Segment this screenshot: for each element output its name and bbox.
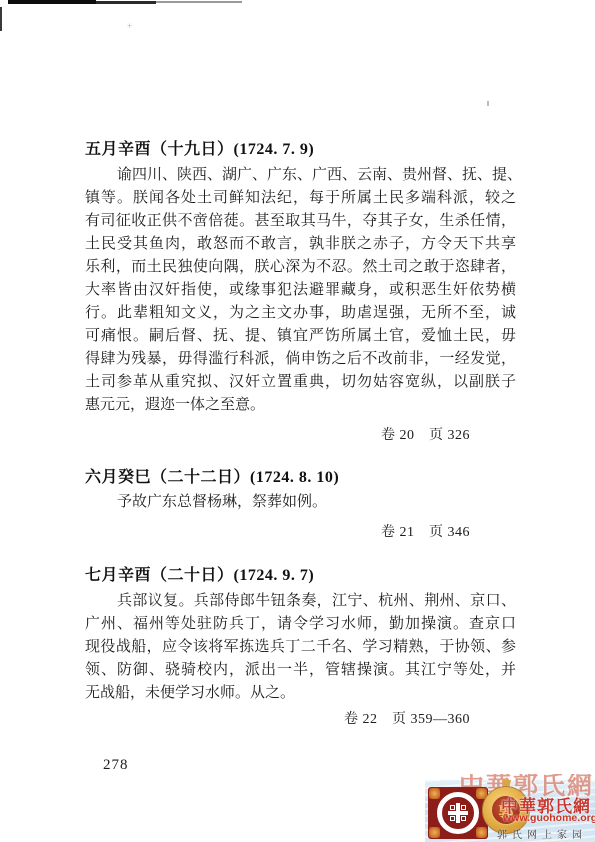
seal-corner-ornament [476, 827, 487, 838]
paragraph-line: 予故广东总督杨琳，祭葬如例。 [85, 491, 516, 514]
paragraph-line: 有司征收正供不啻倍蓰。甚至取其马牛，夺其子女，生杀任情， [85, 210, 516, 233]
entry-paragraph: 兵部议复。兵部侍郎牛钮条奏，江宁、杭州、荆州、京口、广州、福州等处驻防兵丁，请令… [85, 590, 516, 705]
paragraph-line: 乐利，而土民独使向隅，朕心深为不忍。然土司之敢于恣肆者， [85, 256, 516, 279]
site-url: www.guohome.org [503, 812, 595, 824]
seal-dot [461, 805, 466, 810]
scanned-book-page: + 五月辛酉（十九日）(1724. 7. 9) 谕四川、陕西、湖广、广东、广西、… [0, 0, 595, 842]
entry-heading: 六月癸巳（二十二日）(1724. 8. 10) [85, 468, 525, 488]
paragraph-line: 领、防御、骁骑校内，派出一半，管辖操演。其江宁等处，并 [85, 659, 516, 682]
volume-page-ref: 卷 22 页 359—360 [85, 711, 470, 729]
scan-artifact-bar [96, 1, 156, 4]
paragraph-line: 土司参革从重究拟、汉奸立置重典，切勿姑容宽纵，以副朕子 [85, 371, 516, 394]
paragraph-line: 谕四川、陕西、湖广、广东、广西、云南、贵州督、抚、提、 [85, 164, 516, 187]
volume-page-ref: 卷 21 页 346 [85, 524, 470, 542]
seal-cross-icon [448, 811, 468, 815]
clan-knot-seal-icon [428, 787, 488, 839]
paragraph-line: 兵部议复。兵部侍郎牛钮条奏，江宁、杭州、荆州、京口、 [85, 590, 516, 613]
page-number: 278 [103, 757, 129, 774]
paragraph-line: 镇等。朕闻各处土司鲜知法纪，每于所属土民多端科派，较之 [85, 187, 516, 210]
paragraph-line: 大率皆由汉奸指使，或缘事犯法避罪藏身，或积恶生奸依势横 [85, 279, 516, 302]
scan-artifact-bar [156, 1, 242, 3]
seal-dot [450, 816, 455, 821]
paragraph-line: 惠元元，遐迩一体之至意。 [85, 394, 516, 417]
paragraph-line: 无战船，未便学习水师。从之。 [85, 682, 516, 705]
seal-dot [461, 816, 466, 821]
entry-heading: 七月辛酉（二十日）(1724. 9. 7) [85, 566, 525, 586]
entry-paragraph: 谕四川、陕西、湖广、广东、广西、云南、贵州督、抚、提、镇等。朕闻各处土司鲜知法纪… [85, 164, 516, 417]
seal-dot [450, 805, 455, 810]
scan-artifact-bar [8, 0, 96, 4]
paragraph-line: 现役战船，应令该将军拣选兵丁二千名、学习精熟，于协领、参 [85, 636, 516, 659]
scan-speck: + [127, 22, 132, 31]
seal-corner-ornament [429, 788, 440, 799]
entry-heading: 五月辛酉（十九日）(1724. 7. 9) [85, 140, 525, 160]
watermark: 中華郭氏網 郭 中華郭氏網 www.guohome.org 郭氏网上家园 [425, 780, 595, 842]
entry-paragraph: 予故广东总督杨琳，祭葬如例。 [85, 491, 516, 514]
seal-corner-ornament [429, 827, 440, 838]
site-tagline: 郭氏网上家园 [497, 826, 587, 841]
scan-speck [487, 101, 489, 106]
volume-page-ref: 卷 20 页 326 [85, 427, 470, 445]
scan-artifact-edge [0, 7, 2, 31]
paragraph-line: 广州、福州等处驻防兵丁，请令学习水师，勤加操演。查京口 [85, 613, 516, 636]
paragraph-line: 得肆为残暴，毋得滥行科派，倘申饬之后不改前非，一经发觉， [85, 348, 516, 371]
paragraph-line: 行。此辈粗知文义，为之主文办事，助虐逞强，无所不至，诚 [85, 302, 516, 325]
paragraph-line: 可痛恨。嗣后督、抚、提、镇宜严饬所属土官，爱恤土民，毋 [85, 325, 516, 348]
paragraph-line: 土民受其鱼肉，敢怒而不敢言，孰非朕之赤子，方令天下共享 [85, 233, 516, 256]
